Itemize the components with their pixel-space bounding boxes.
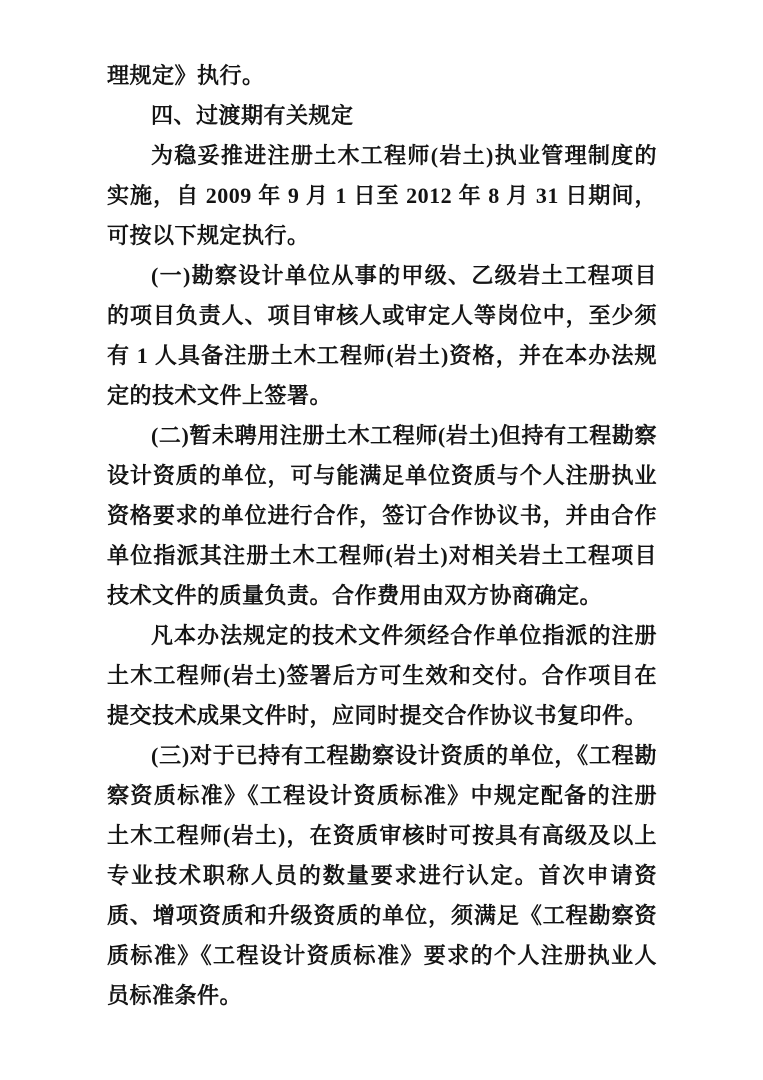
continuation-line: 理规定》执行。 (107, 56, 657, 96)
paragraph-intro: 为稳妥推进注册土木工程师(岩土)执业管理制度的实施，自 2009 年 9 月 1… (107, 136, 657, 256)
paragraph-item-2: (二)暂未聘用注册土木工程师(岩土)但持有工程勘察设计资质的单位，可与能满足单位… (107, 416, 657, 616)
section-heading: 四、过渡期有关规定 (107, 96, 657, 136)
document-page: 理规定》执行。 四、过渡期有关规定 为稳妥推进注册土木工程师(岩土)执业管理制度… (107, 56, 657, 1016)
document-body: 理规定》执行。 四、过渡期有关规定 为稳妥推进注册土木工程师(岩土)执业管理制度… (107, 56, 657, 1016)
paragraph-item-2-supplement: 凡本办法规定的技术文件须经合作单位指派的注册土木工程师(岩土)签署后方可生效和交… (107, 616, 657, 736)
paragraph-item-1: (一)勘察设计单位从事的甲级、乙级岩土工程项目的项目负责人、项目审核人或审定人等… (107, 256, 657, 416)
paragraph-item-3: (三)对于已持有工程勘察设计资质的单位，《工程勘察资质标准》《工程设计资质标准》… (107, 736, 657, 1016)
